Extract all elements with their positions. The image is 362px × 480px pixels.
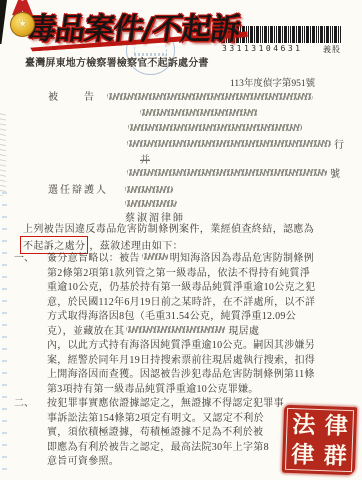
body-line: 方式取得海洛因8包（毛重31.54公克，純質淨重12.09公	[14, 310, 358, 325]
address-tail: 行	[334, 136, 344, 151]
body-text: 實，須依積極證據，苟積極證據不足為不利於被	[47, 427, 263, 438]
body-text: 意，於民國112年6月19日前之某時許，在不詳處所，以不詳	[47, 297, 315, 308]
body-line: 一、簽分意旨略以：被告明知海洛因為毒品危害防制條例	[14, 252, 358, 267]
redaction-scribble	[127, 169, 327, 176]
body-text: 即應為有利於被告之認定，最高法院30年上字第8	[47, 442, 269, 453]
seal-character: 法	[292, 413, 316, 437]
redacted-character: 并	[140, 151, 150, 166]
defendant-label: 告	[84, 88, 94, 103]
body-line: 克），並藏放在其現居處	[14, 325, 358, 340]
counsel-label: 選任辯護人	[48, 181, 108, 196]
body-text: 第3項持有第一級毒品純質淨重逾10公克罪嫌。	[47, 384, 259, 395]
body-text: 重逾10公克，仍基於持有第一級毒品純質淨重逾10公克之犯	[47, 282, 315, 293]
redaction-scribble	[127, 140, 331, 147]
medal-coin-icon: ★	[10, 12, 35, 37]
body-text: 上開海洛因而查獲。因認被告涉犯毒品危害防制條例第11條	[47, 369, 315, 380]
body-line: 上開海洛因而查獲。因認被告涉犯毒品危害防制條例第11條	[14, 368, 358, 383]
banner-title: 毒品案件/不起訴	[24, 4, 243, 48]
body-line: 重逾10公克，仍基於持有第一級毒品純質淨重逾10公克之犯	[14, 281, 358, 296]
redaction-scribble	[142, 253, 168, 260]
defendant-label: 被	[48, 88, 58, 103]
redaction-scribble	[128, 124, 302, 131]
seal-character: 律	[324, 414, 348, 438]
body-line: 案，經警於同年月19日持搜索票前往現居處執行搜索，扣得	[14, 354, 358, 369]
body-text: 案，經警於同年月19日持搜索票前往現居處執行搜索，扣得	[47, 355, 315, 366]
paragraph-label: 一、	[14, 252, 47, 267]
body-line: 內，以此方式持有海洛因純質淨重逾10公克。嗣因其涉嫌另	[14, 339, 358, 354]
intro-line-rest: ，茲敘述理由如下：	[89, 241, 183, 252]
redaction-scribble	[107, 93, 313, 100]
star-icon: ★	[18, 19, 28, 30]
body-text: 內，以此方式持有海洛因純質淨重逾10公克。嗣因其涉嫌另	[47, 340, 315, 351]
body-text: 事訴訟法第154條第2項定有明文。又認定不利於	[47, 413, 264, 424]
redaction-scribble	[140, 109, 258, 116]
barcode: 33113104631 義股	[222, 26, 341, 55]
redaction-scribble	[125, 186, 173, 193]
intro-line: 上列被告因違反毒品危害防制條例案件，業經偵查終結，認應為	[23, 220, 314, 235]
body-text: 按犯罪事實應依證據認定之，無證據不得認定犯罪事	[47, 398, 284, 409]
body-text: 意旨可資參照。	[47, 456, 119, 467]
paragraph-label: 二、	[14, 397, 47, 412]
body-line: 第2條第2項第1款列管之第一級毒品，依法不得持有純質淨	[14, 267, 358, 282]
body-text: 簽分意旨略以：被告	[47, 253, 140, 264]
body-text: 現居處	[228, 326, 259, 337]
redaction-scribble	[125, 200, 177, 207]
document-title: 臺灣屏東地方檢察署檢察官不起訴處分書	[25, 54, 209, 69]
law-firm-seal-frame: 法 律 律 群	[285, 408, 354, 472]
seal-character: 群	[323, 444, 347, 468]
seal-character: 律	[291, 443, 315, 467]
address-tail: 號	[330, 165, 340, 180]
body-text: 克），並藏放在其	[47, 326, 124, 337]
document-page: 毒品案件/不起訴 ★ 33113104631 義股 臺灣屏東地方檢察署檢察官不起…	[0, 0, 362, 480]
body-line: 意，於民國112年6月19日前之某時許，在不詳處所，以不詳	[14, 296, 358, 311]
medal-icon: ★	[7, 0, 37, 44]
body-text: 第2條第2項第1款列管之第一級毒品，依法不得持有純質淨	[47, 268, 310, 279]
redaction-scribble	[126, 326, 226, 333]
barcode-suffix: 義股	[323, 44, 341, 55]
body-line: 第3項持有第一級毒品純質淨重逾10公克罪嫌。	[14, 383, 358, 398]
body-text: 明知海洛因為毒品危害防制條例	[170, 253, 314, 264]
body-text: 方式取得海洛因8包（毛重31.54公克，純質淨重12.09公	[47, 311, 296, 322]
law-firm-seal: 法 律 律 群	[282, 405, 357, 476]
scan-margin-dots	[2, 192, 7, 472]
